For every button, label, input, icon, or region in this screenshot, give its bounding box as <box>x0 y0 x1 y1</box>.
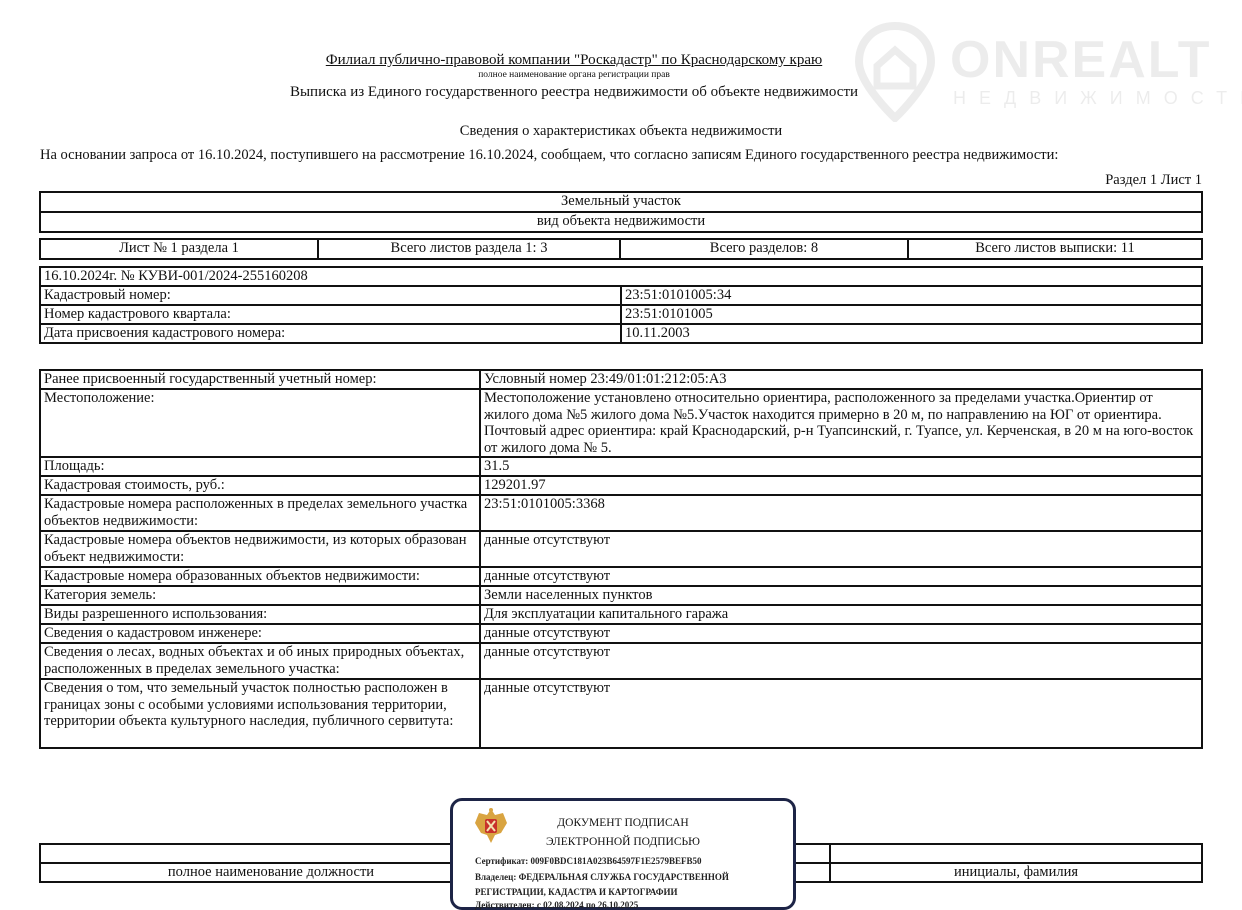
cadastral-value: 129201.97 <box>480 476 1202 495</box>
section-sheet-label: Раздел 1 Лист 1 <box>1105 172 1202 189</box>
row-label: Дата присвоения кадастрового номера: <box>40 324 621 343</box>
stamp-title-line2: ЭЛЕКТРОННОЙ ПОДПИСЬЮ <box>453 836 793 848</box>
row-label: Номер кадастрового квартала: <box>40 305 621 324</box>
location: Местоположение установлено относительно … <box>480 389 1202 457</box>
row-label: Виды разрешенного использования: <box>40 605 480 624</box>
source-objects: данные отсутствуют <box>480 531 1202 567</box>
intro-text: На основании запроса от 16.10.2024, пост… <box>40 147 1058 164</box>
row-label: Сведения о лесах, водных объектах и об и… <box>40 643 480 679</box>
row-label: Ранее присвоенный государственный учетны… <box>40 370 480 389</box>
row-label: Кадастровая стоимость, руб.: <box>40 476 480 495</box>
row-label: Сведения о том, что земельный участок по… <box>40 679 480 748</box>
cadastral-number-date: 10.11.2003 <box>621 324 1202 343</box>
land-category: Земли населенных пунктов <box>480 586 1202 605</box>
name-caption: инициалы, фамилия <box>830 863 1202 882</box>
area: 31.5 <box>480 457 1202 476</box>
object-type-caption: вид объекта недвижимости <box>40 212 1202 232</box>
object-type-table: Земельный участок вид объекта недвижимос… <box>39 191 1203 233</box>
position-caption: полное наименование должности <box>40 863 502 882</box>
stamp-title-line1: ДОКУМЕНТ ПОДПИСАН <box>453 817 793 829</box>
row-label: Местоположение: <box>40 389 480 457</box>
stamp-validity: Действителен: с 02.08.2024 по 26.10.2025 <box>475 900 638 910</box>
row-label: Категория земель: <box>40 586 480 605</box>
electronic-signature-stamp: ДОКУМЕНТ ПОДПИСАН ЭЛЕКТРОННОЙ ПОДПИСЬЮ С… <box>450 798 796 910</box>
stamp-owner-line2: РЕГИСТРАЦИИ, КАДАСТРА И КАРТОГРАФИИ <box>475 887 677 897</box>
sections-total: Всего разделов: 8 <box>620 239 908 259</box>
derived-objects: данные отсутствуют <box>480 567 1202 586</box>
sheet-number: Лист № 1 раздела 1 <box>40 239 318 259</box>
row-label: Площадь: <box>40 457 480 476</box>
organization-caption: полное наименование органа регистрации п… <box>0 70 1148 80</box>
sheet-info-table: Лист № 1 раздела 1 Всего листов раздела … <box>39 238 1203 260</box>
row-label: Сведения о кадастровом инженере: <box>40 624 480 643</box>
cadastral-number: 23:51:0101005:34 <box>621 286 1202 305</box>
request-number: 16.10.2024г. № КУВИ-001/2024-255160208 <box>40 267 1202 286</box>
details-table: Ранее присвоенный государственный учетны… <box>39 369 1203 749</box>
organization-name: Филиал публично-правовой компании "Роска… <box>0 52 1148 69</box>
natural-objects: данные отсутствуют <box>480 643 1202 679</box>
row-label: Кадастровые номера расположенных в преде… <box>40 495 480 531</box>
previous-number: Условный номер 23:49/01:01:212:05:А3 <box>480 370 1202 389</box>
name-blank <box>830 844 1202 863</box>
document-title: Выписка из Единого государственного реес… <box>0 84 1148 101</box>
row-label: Кадастровые номера объектов недвижимости… <box>40 531 480 567</box>
objects-within-parcel: 23:51:0101005:3368 <box>480 495 1202 531</box>
position-blank <box>40 844 502 863</box>
row-label: Кадастровый номер: <box>40 286 621 305</box>
object-type-value: Земельный участок <box>40 192 1202 212</box>
section-title: Сведения о характеристиках объекта недви… <box>0 123 1242 140</box>
stamp-certificate: Сертификат: 009F0BDC181A023B64597F1E2579… <box>475 856 702 866</box>
stamp-owner-line1: Владелец: ФЕДЕРАЛЬНАЯ СЛУЖБА ГОСУДАРСТВЕ… <box>475 872 729 882</box>
row-label: Кадастровые номера образованных объектов… <box>40 567 480 586</box>
cadastral-quarter: 23:51:0101005 <box>621 305 1202 324</box>
special-zones: данные отсутствуют <box>480 679 1202 748</box>
cadastral-engineer: данные отсутствуют <box>480 624 1202 643</box>
permitted-use: Для эксплуатации капитального гаража <box>480 605 1202 624</box>
section-sheets-total: Всего листов раздела 1: 3 <box>318 239 620 259</box>
extract-sheets-total: Всего листов выписки: 11 <box>908 239 1202 259</box>
identity-table: 16.10.2024г. № КУВИ-001/2024-255160208 К… <box>39 266 1203 344</box>
